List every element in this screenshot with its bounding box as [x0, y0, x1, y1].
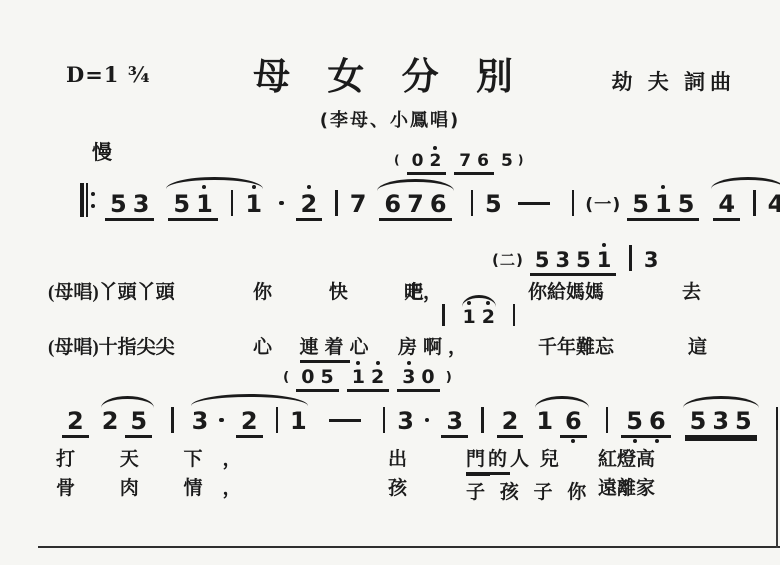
notation-line-1: 53511276765(一)515443: [80, 183, 780, 221]
barline: [442, 304, 445, 326]
lyric-phrase: 子 孩 子 你: [466, 473, 591, 504]
lyric-phrase: 去: [682, 277, 701, 304]
duration-dash: [329, 419, 361, 423]
lyric-phrase: 房啊，: [398, 332, 473, 359]
lyric-segment: 紅燈高: [598, 444, 655, 471]
lyric-segment: (母唱)丫頭丫頭: [48, 277, 175, 304]
barline: [629, 245, 632, 271]
jianpu-note: 2: [502, 409, 519, 433]
beam-group: 56: [621, 409, 670, 438]
beam-group: 12: [347, 368, 389, 392]
pickup-notation-2: (051230): [281, 368, 455, 392]
beam-group: 51: [168, 192, 217, 221]
jianpu-note: 3: [556, 250, 571, 271]
lyrics-line-4: 骨 肉 情，孩子 孩 子 你遠離家: [0, 473, 780, 499]
octave-dot-below-icon: [633, 439, 637, 443]
jianpu-note: 2: [67, 409, 84, 433]
notation-text: (一): [585, 197, 621, 214]
second-ending-notation: (二)53513: [490, 245, 662, 276]
beam-group: 535: [685, 409, 757, 438]
lyric-phrase: 你給媽媽: [528, 277, 604, 304]
lyrics-line-2: (母唱)十指尖尖心 連着心房啊，千年難忘這: [0, 332, 780, 358]
rdot: [91, 192, 95, 196]
jianpu-note: 5: [130, 409, 147, 433]
jianpu-note: 3: [712, 409, 729, 433]
lyric-segment: 子: [466, 473, 490, 504]
lyric-phrase: 孩: [388, 473, 407, 500]
beam-group: 76: [454, 153, 494, 175]
lyric-phrase: 千年難忘: [538, 332, 614, 359]
insert-notation: 12: [433, 304, 524, 327]
jianpu-note: 1: [352, 368, 365, 387]
jianpu-note: 0: [301, 368, 314, 387]
beam-group: 676: [379, 192, 451, 221]
octave-dot-above-icon: [407, 361, 411, 365]
beam-group: 2: [236, 409, 263, 438]
octave-dot-above-icon: [376, 361, 380, 365]
lyric-segment: 心: [253, 332, 300, 359]
jianpu-note: 1: [290, 409, 307, 433]
beam-group: 515: [627, 192, 699, 221]
slur-group: 321: [187, 405, 312, 438]
jianpu-note: 3: [644, 250, 659, 271]
lyric-phrase: 這: [688, 332, 707, 359]
slur-group: 16: [531, 407, 592, 438]
lyric-segment: 你給媽媽: [528, 277, 604, 304]
barline: [572, 190, 575, 216]
jianpu-note: 5: [173, 192, 190, 216]
octave-dot-below-icon: [655, 439, 659, 443]
rdots: [91, 192, 95, 208]
notation-text: ): [446, 371, 453, 385]
jianpu-note: 1: [245, 192, 262, 216]
slur-group: 535: [679, 407, 763, 438]
lyrics-line-3: 打 天 下，出門的人 兒紅燈高: [0, 444, 780, 470]
lyric-segment: 千年難忘: [538, 332, 614, 359]
barline: [171, 407, 174, 433]
rbar: [80, 183, 84, 217]
lyric-segment: 去: [682, 277, 701, 304]
repeat-start-sign: [80, 183, 95, 217]
jianpu-note: 6: [477, 153, 489, 170]
augmentation-dot-icon: [279, 201, 284, 206]
slur-group: 44: [707, 188, 780, 221]
lyric-segment: 孩 子 你: [490, 477, 591, 504]
jianpu-note: 2: [102, 409, 119, 433]
jianpu-note: 5: [485, 192, 502, 216]
score-page: D=1 ¾ 母 女 分 別 劫 夫 詞曲 (李母、小鳳唱) 慢 (02765) …: [0, 0, 780, 565]
slur-group: 676: [373, 190, 457, 221]
lyric-phrase: 心 連着心: [253, 332, 375, 363]
beam-group: 02: [407, 153, 447, 175]
lyric-segment: 人 兒: [510, 444, 562, 471]
beam-group: 2: [497, 409, 524, 438]
beam-group: 3: [441, 409, 468, 438]
pickup-notation-1: (02765): [392, 153, 526, 175]
jianpu-note: 2: [301, 192, 318, 216]
jianpu-note: 1: [536, 409, 553, 433]
notation-text: (二): [492, 253, 524, 268]
lyric-phrase: 吧，: [404, 277, 442, 304]
lyric-phrase: (母唱)丫頭丫頭: [48, 277, 175, 304]
jianpu-note: 3: [192, 409, 209, 433]
slur-group: 25: [97, 407, 158, 438]
jianpu-note: 2: [482, 308, 495, 327]
rbar2: [86, 183, 88, 217]
jianpu-note: 0: [421, 368, 434, 387]
beam-group: 2: [62, 409, 89, 438]
rdot: [91, 204, 95, 208]
slur-group: 511: [162, 188, 267, 221]
octave-dot-below-icon: [571, 439, 575, 443]
jianpu-note: 4: [768, 192, 780, 216]
barline: [231, 190, 234, 216]
lyric-phrase: 骨 肉 情，: [56, 473, 262, 500]
jianpu-note: 3: [397, 409, 414, 433]
lyric-segment: 骨 肉 情，: [56, 473, 262, 500]
jianpu-note: 5: [535, 250, 550, 271]
octave-dot-above-icon: [467, 301, 471, 305]
beam-group: 4: [713, 192, 740, 221]
beam-group: 5351: [530, 250, 617, 276]
jianpu-note: 0: [412, 153, 424, 170]
notation-line-2: 2253213321656535: [58, 405, 780, 438]
octave-dot-above-icon: [202, 185, 206, 189]
scan-edge-bottom-line: [38, 546, 780, 548]
duration-dash: [518, 202, 550, 206]
octave-dot-above-icon: [252, 185, 256, 189]
jianpu-note: 7: [407, 192, 424, 216]
octave-dot-above-icon: [486, 301, 490, 305]
jianpu-note: 2: [371, 368, 384, 387]
jianpu-note: 4: [718, 192, 735, 216]
jianpu-note: 3: [133, 192, 150, 216]
notation-text: (: [283, 371, 290, 385]
notation-text: ): [518, 154, 525, 166]
lyric-segment: (母唱)十指尖尖: [48, 332, 175, 359]
augmentation-dot-icon: [425, 418, 430, 423]
barline: [471, 190, 474, 216]
beam-group: 30: [397, 368, 439, 392]
lyric-phrase: 門的人 兒: [466, 444, 562, 475]
lyric-segment: 出: [388, 444, 407, 471]
notation-text: (: [394, 154, 401, 166]
beam-group: 05: [296, 368, 338, 392]
jianpu-note: 7: [350, 192, 367, 216]
barline: [513, 304, 516, 326]
barline: [481, 407, 484, 433]
beam-group: 53: [105, 192, 154, 221]
jianpu-note: 5: [501, 153, 513, 170]
lyric-segment: 遠離家: [598, 473, 655, 500]
jianpu-note: 1: [463, 308, 476, 327]
lyric-segment: 打 天 下，: [56, 444, 262, 471]
beam-group: 2: [296, 192, 323, 221]
barline: [606, 407, 609, 433]
jianpu-note: 5: [626, 409, 643, 433]
jianpu-note: 1: [597, 250, 612, 271]
jianpu-note: 5: [110, 192, 127, 216]
performers-subtitle: (李母、小鳳唱): [0, 106, 780, 132]
beam-group: 5: [125, 409, 152, 438]
jianpu-note: 5: [690, 409, 707, 433]
jianpu-note: 5: [320, 368, 333, 387]
barline: [383, 407, 386, 433]
composer-credit: 劫 夫 詞曲: [612, 66, 737, 96]
lyric-segment: 心: [350, 332, 375, 359]
barline: [276, 407, 279, 433]
jianpu-note: 5: [576, 250, 591, 271]
augmentation-dot-icon: [219, 418, 224, 423]
octave-dot-above-icon: [356, 361, 360, 365]
lyric-segment: 吧，: [404, 277, 442, 304]
jianpu-note: 3: [402, 368, 415, 387]
jianpu-note: 5: [735, 409, 752, 433]
slur-group: 12: [458, 306, 500, 327]
lyric-segment: 門的: [466, 444, 510, 475]
octave-dot-above-icon: [433, 146, 437, 150]
lyric-segment: 房啊，: [398, 332, 473, 359]
barline: [753, 190, 756, 216]
jianpu-note: 3: [446, 409, 463, 433]
lyric-phrase: 出: [388, 444, 407, 471]
tempo-marking: 慢: [92, 136, 112, 165]
lyric-phrase: 遠離家: [598, 473, 655, 500]
scan-edge-right-line: [776, 430, 778, 548]
lyric-phrase: 紅燈高: [598, 444, 655, 471]
jianpu-note: 1: [655, 192, 672, 216]
lyric-phrase: 打 天 下，: [56, 444, 262, 471]
lyric-segment: 這: [688, 332, 707, 359]
jianpu-note: 5: [678, 192, 695, 216]
barline: [335, 190, 338, 216]
beam-group: 6: [560, 409, 587, 438]
jianpu-note: 2: [429, 153, 441, 170]
jianpu-note: 7: [459, 153, 471, 170]
jianpu-note: 6: [649, 409, 666, 433]
jianpu-note: 6: [430, 192, 447, 216]
octave-dot-above-icon: [661, 185, 665, 189]
jianpu-note: 2: [241, 409, 258, 433]
octave-dot-above-icon: [307, 185, 311, 189]
lyrics-line-1: (母唱)丫頭丫頭你 快 走吧，你給媽媽去: [0, 277, 780, 303]
jianpu-note: 5: [632, 192, 649, 216]
jianpu-note: 6: [565, 409, 582, 433]
octave-dot-above-icon: [602, 243, 606, 247]
jianpu-note: 1: [196, 192, 213, 216]
lyric-segment: 孩: [388, 473, 407, 500]
lyric-phrase: (母唱)十指尖尖: [48, 332, 175, 359]
lyric-segment: 連着: [300, 332, 350, 363]
jianpu-note: 6: [384, 192, 401, 216]
